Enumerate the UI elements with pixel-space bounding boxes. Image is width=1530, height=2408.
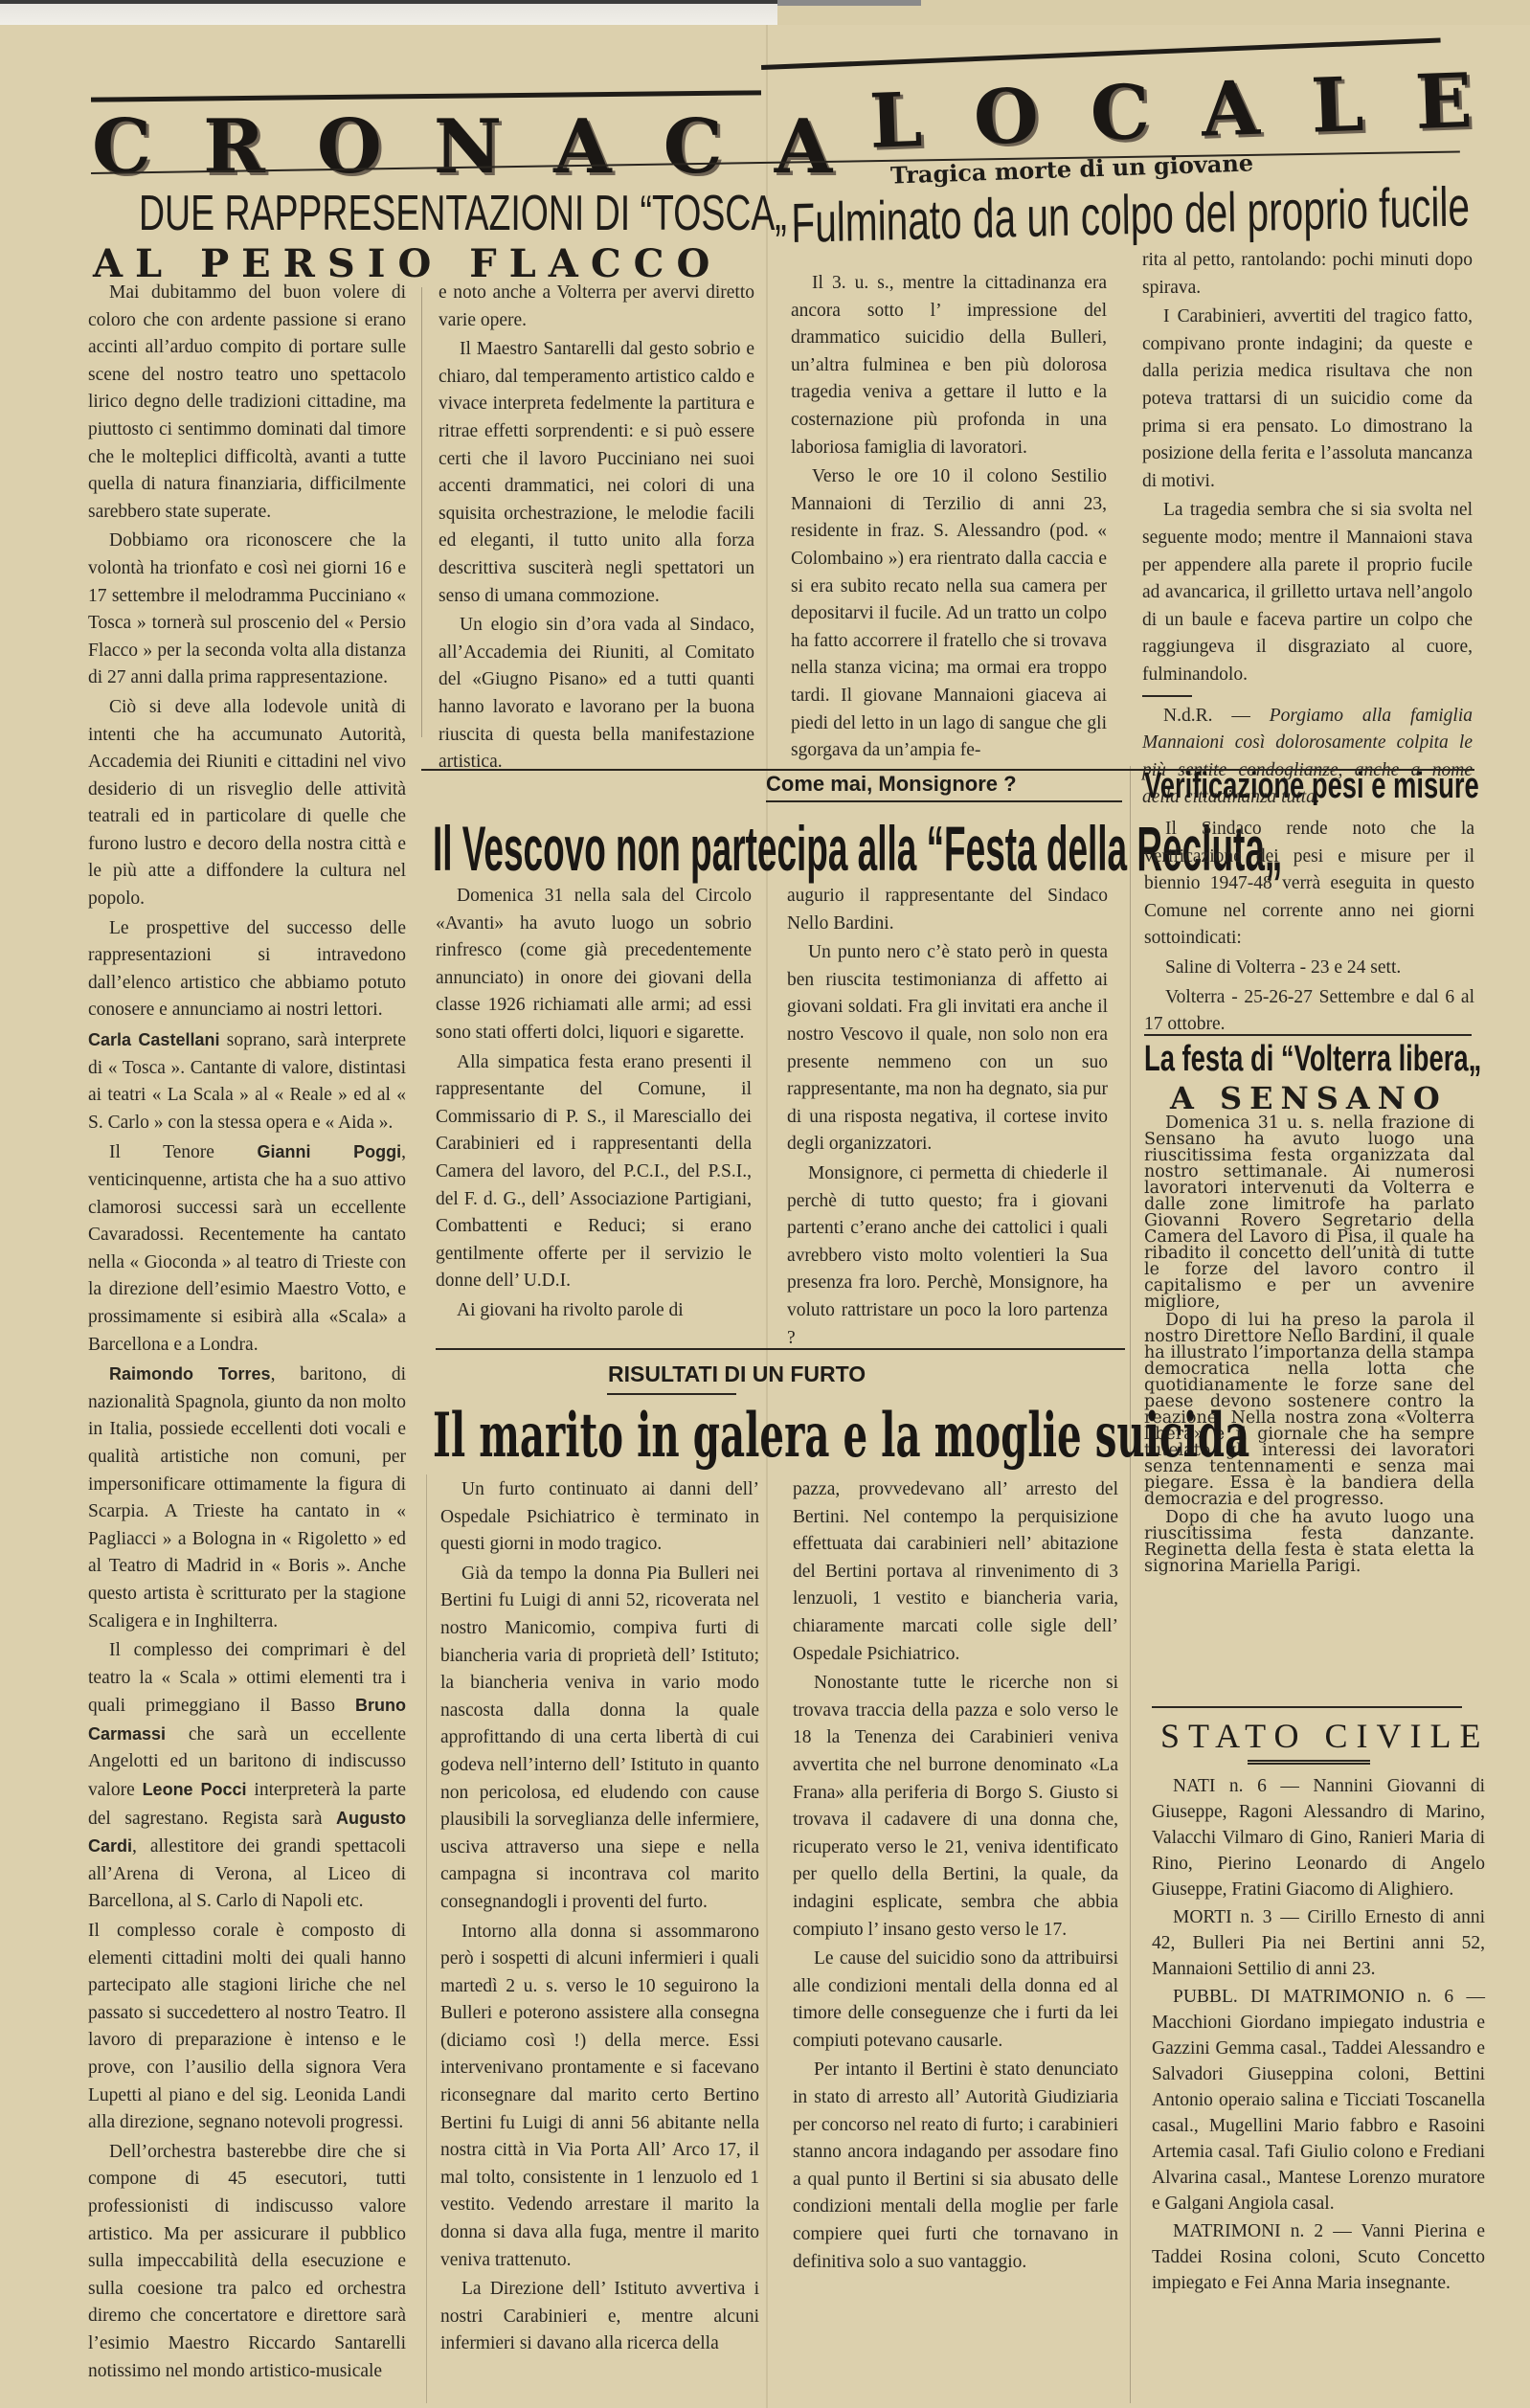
furto-paragraph: La Direzione dell’ Istituto avvertiva i …: [440, 2276, 759, 2358]
furto-column-1: Un furto continuato ai danni dell’ Osped…: [440, 1476, 759, 2360]
sensano-subheadline: A SENSANO: [1170, 1080, 1448, 1116]
furto-paragraph: pazza, provvedevano all’ arresto del Ber…: [793, 1476, 1118, 1668]
furto-paragraph: Un furto continuato ai danni dell’ Osped…: [440, 1476, 759, 1559]
cast-name: Raimondo Torres: [109, 1364, 271, 1384]
sensano-body: Domenica 31 u. s. nella frazione di Sens…: [1144, 1115, 1474, 1577]
column-divider: [1130, 766, 1131, 2403]
tosca-paragraph: Un elogio sin d’ora vada al Sindaco, all…: [439, 612, 754, 776]
furto-headline: Il marito in galera e la moglie suicida: [433, 1400, 1249, 1472]
furto-paragraph: Già da tempo la donna Pia Bulleri nei Be…: [440, 1561, 759, 1917]
sensano-headline: La festa di “Volterra libera„: [1144, 1039, 1481, 1080]
cast-tenore: Il Tenore Gianni Poggi, venticinquenne, …: [88, 1138, 406, 1359]
pesi-schedule-2: Volterra - 25-26-27 Settembre e dal 6 al…: [1144, 984, 1474, 1039]
tosca-headline: DUE RAPPRESENTAZIONI DI “TOSCA„: [139, 185, 787, 242]
tosca-column-2: e noto anche a Volterra per avervi diret…: [439, 280, 754, 778]
comprimari-paragraph: Il complesso dei comprimari è del teatro…: [88, 1637, 406, 1916]
sensano-paragraph: Domenica 31 u. s. nella frazione di Sens…: [1144, 1115, 1474, 1311]
pesi-headline: Verificazione pesi e misure: [1144, 766, 1479, 807]
kicker-underline: [766, 800, 1122, 802]
fucile-column-2: rita al petto, rantolando: pochi minuti …: [1142, 247, 1473, 814]
section-divider: [1152, 1706, 1462, 1708]
tosca-paragraph: Le prospettive del successo delle rappre…: [88, 915, 406, 1024]
column-divider: [421, 287, 422, 737]
stato-civile-body: NATI n. 6 — Nannini Giovanni di Giuseppe…: [1152, 1773, 1485, 2298]
section-title-cronaca: CRONACA: [92, 103, 884, 191]
page-fold: [766, 25, 768, 2408]
fucile-column-1: Il 3. u. s., mentre la cittadinanza era …: [791, 270, 1107, 767]
tosca-paragraph: e noto anche a Volterra per avervi diret…: [439, 280, 754, 334]
furto-paragraph: Le cause del suicidio sono da attribuirs…: [793, 1946, 1118, 2055]
cast-soprano: Carla Castellani soprano, sarà interpret…: [88, 1026, 406, 1136]
vescovo-paragraph: Alla simpatica festa erano presenti il r…: [436, 1049, 752, 1295]
stato-civile-entry: MATRIMONI n. 2 — Vanni Pierina e Taddei …: [1152, 2218, 1485, 2296]
fucile-paragraph: I Carabinieri, avvertiti del tragico fat…: [1142, 304, 1473, 495]
vescovo-column-1: Domenica 31 nella sala del Circolo «Avan…: [436, 883, 752, 1327]
fucile-paragraph: Verso le ore 10 il colono Sestilio Manna…: [791, 463, 1107, 765]
tosca-paragraph: Dobbiamo ora riconoscere che la volontà …: [88, 528, 406, 692]
vescovo-paragraph: Ai giovani ha rivolto parole di: [436, 1297, 752, 1325]
stato-civile-entry: PUBBL. DI MATRIMONIO n. 6 — Macchioni Gi…: [1152, 1984, 1485, 2217]
cast-name: Carla Castellani: [88, 1030, 219, 1049]
tosca-paragraph: Il complesso corale è composto di elemen…: [88, 1918, 406, 2137]
pesi-paragraph: Il Sindaco rende noto che la verificazio…: [1144, 816, 1474, 953]
vescovo-paragraph: Un punto nero c’è stato però in questa b…: [787, 939, 1108, 1159]
tosca-paragraph: Mai dubitammo del buon volere di coloro …: [88, 280, 406, 526]
stato-civile-underline: [1248, 1760, 1370, 1765]
cast-name: Gianni Poggi: [257, 1142, 401, 1161]
ndr-rule: [1142, 695, 1192, 697]
tosca-column-1: Mai dubitammo del buon volere di coloro …: [88, 280, 406, 2387]
column-divider: [426, 1474, 427, 2403]
furto-kicker: RISULTATI DI UN FURTO: [608, 1362, 866, 1387]
scan-top-edge: [777, 0, 921, 6]
tosca-paragraph: Ciò si deve alla lodevole unità di inten…: [88, 694, 406, 913]
section-divider: [436, 1348, 1125, 1350]
cast-baritono: Raimondo Torres, baritono, di nazionalit…: [88, 1361, 406, 1635]
stato-civile-headline: STATO CIVILE: [1160, 1716, 1489, 1756]
vescovo-column-2: augurio il rappresentante del Sindaco Ne…: [787, 883, 1108, 1354]
furto-paragraph: Nonostante tutte le ricerche non si trov…: [793, 1670, 1118, 1944]
sensano-paragraph: Dopo di che ha avuto luogo una riuscitis…: [1144, 1510, 1474, 1575]
stato-civile-entry: NATI n. 6 — Nannini Giovanni di Giuseppe…: [1152, 1773, 1485, 1902]
fucile-paragraph: rita al petto, rantolando: pochi minuti …: [1142, 247, 1473, 302]
stato-civile-entry: MORTI n. 3 — Cirillo Ernesto di anni 42,…: [1152, 1904, 1485, 1982]
pesi-schedule-1: Saline di Volterra - 23 e 24 sett.: [1144, 955, 1474, 982]
vescovo-paragraph: Monsignore, ci permetta di chiederle il …: [787, 1160, 1108, 1352]
tosca-paragraph: Dell’orchestra basterebbe dire che si co…: [88, 2139, 406, 2385]
vescovo-kicker: Come mai, Monsignore ?: [766, 772, 1017, 797]
fucile-paragraph: La tragedia sembra che si sia svolta nel…: [1142, 497, 1473, 688]
furto-column-2: pazza, provvedevano all’ arresto del Ber…: [793, 1476, 1118, 2278]
kicker-underline: [607, 1393, 736, 1395]
scan-top-strip: [0, 0, 777, 27]
tosca-paragraph: Il Maestro Santarelli dal gesto sobrio e…: [439, 336, 754, 610]
furto-paragraph: Intorno alla donna si assommarono però i…: [440, 1919, 759, 2275]
vescovo-paragraph: augurio il rappresentante del Sindaco Ne…: [787, 883, 1108, 937]
furto-paragraph: Per intanto il Bertini è stato denunciat…: [793, 2057, 1118, 2276]
pesi-body: Il Sindaco rende noto che la verificazio…: [1144, 816, 1474, 1041]
vescovo-paragraph: Domenica 31 nella sala del Circolo «Avan…: [436, 883, 752, 1047]
section-divider: [1144, 1034, 1472, 1036]
fucile-paragraph: Il 3. u. s., mentre la cittadinanza era …: [791, 270, 1107, 461]
